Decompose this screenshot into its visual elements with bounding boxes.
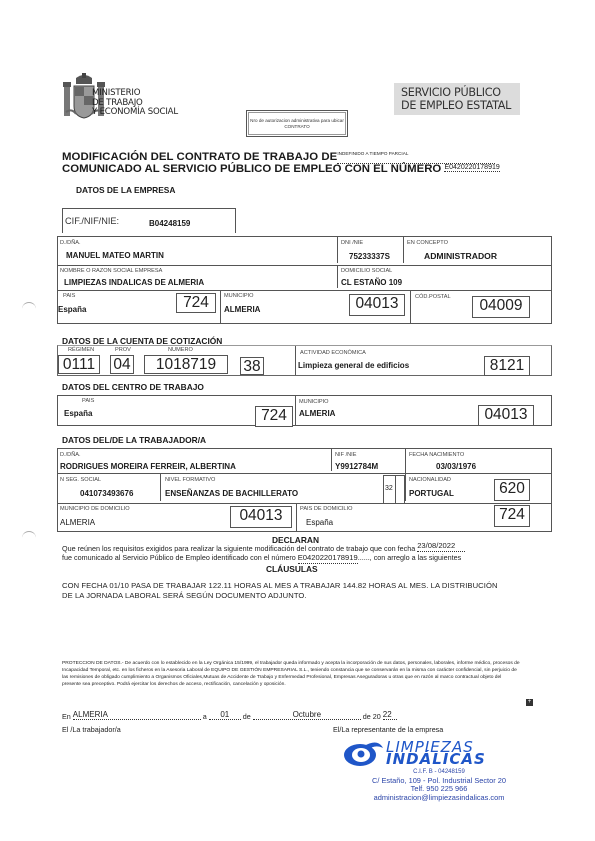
declaran-text: Que reúnen los requisitos exigidos para … bbox=[62, 544, 415, 553]
firma-anio: 22 bbox=[383, 710, 397, 720]
communication-number: E0420220178919 bbox=[444, 164, 499, 172]
cif-value: B04248159 bbox=[149, 219, 190, 228]
pais-dom-label: PAIS DE DOMICILIO bbox=[300, 506, 352, 512]
actividad-value: Limpieza general de edificios bbox=[298, 361, 409, 370]
nivel-code: 32 bbox=[385, 485, 393, 492]
divider bbox=[331, 449, 332, 471]
nif-label: NIF /NIE bbox=[335, 452, 356, 458]
cif-label: CIF./NIF/NIE: bbox=[65, 216, 119, 226]
concepto-label: EN CONCEPTO bbox=[407, 240, 448, 246]
dc-value: 38 bbox=[240, 357, 264, 375]
centro-municipio-code: 04013 bbox=[478, 405, 534, 426]
section-heading-centro: DATOS DEL CENTRO DE TRABAJO bbox=[62, 382, 204, 392]
clausulas-heading: CLÁUSULAS bbox=[266, 564, 318, 574]
auth-line: CONTRATO bbox=[247, 124, 347, 130]
centro-pais-code: 724 bbox=[255, 406, 293, 427]
signature-place-date: En ALMERIA a 01 de Octubre de 20 22 bbox=[62, 712, 397, 722]
trab-dona-value: RODRIGUES MOREIRA FERREIR, ALBERTINA bbox=[60, 462, 236, 471]
divider bbox=[337, 265, 338, 288]
trabajador-table: D./DÑA. RODRIGUES MOREIRA FERREIR, ALBER… bbox=[57, 448, 552, 532]
nif-value: Y9912784M bbox=[335, 462, 378, 471]
divider bbox=[295, 346, 296, 375]
municipio-label: MUNICIPIO bbox=[224, 293, 254, 299]
centro-pais-value: España bbox=[64, 409, 92, 418]
privacy-notice: PROTECCION DE DATOS.- De acuerdo con lo … bbox=[62, 661, 520, 689]
nacionalidad-label: NACIONALIDAD bbox=[409, 477, 451, 483]
ministry-line: Y ECONOMÍA SOCIAL bbox=[92, 108, 178, 118]
declaran-text: fue comunicado al Servicio Público de Em… bbox=[62, 553, 296, 562]
nss-value: 041073493676 bbox=[80, 489, 133, 498]
divider bbox=[220, 290, 221, 323]
municipio-value: ALMERIA bbox=[224, 305, 260, 314]
regimen-value: 0111 bbox=[58, 355, 100, 374]
sepe-logo: SERVICIO PÚBLICO DE EMPLEO ESTATAL bbox=[394, 83, 520, 115]
firma-dia: 01 bbox=[209, 710, 241, 720]
firma-lugar: ALMERIA bbox=[73, 710, 201, 720]
concepto-value: ADMINISTRADOR bbox=[424, 251, 497, 261]
prov-label: PROV bbox=[115, 347, 131, 353]
punch-hole-icon bbox=[22, 531, 36, 545]
nacimiento-value: 03/03/1976 bbox=[436, 462, 476, 471]
mun-dom-label: MUNICIPIO DE DOMICILIO bbox=[60, 506, 130, 512]
title-line1: MODIFICACIÓN DEL CONTRATO DE TRABAJO DE bbox=[62, 151, 337, 163]
clause-line: DE LA JORNADA LABORAL SERÁ SEGÚN DOCUMEN… bbox=[62, 591, 498, 601]
municipio-code: 04013 bbox=[349, 294, 405, 316]
divider bbox=[337, 237, 338, 263]
en-label: En bbox=[62, 712, 71, 721]
cif-box: CIF./NIF/NIE: B04248159 bbox=[62, 208, 236, 233]
pais-label: PAIS bbox=[63, 293, 75, 299]
stamp-email: administracion@limpiezasindalicas.com bbox=[334, 794, 544, 803]
pais-code: 724 bbox=[176, 293, 216, 313]
stamp-name-line2: INDÁLICAS bbox=[386, 753, 486, 766]
empresa-table: D./DÑA. MANUEL MATEO MARTIN DNI /NIE 752… bbox=[57, 236, 552, 324]
declaran-numero: E0420220178919 bbox=[298, 554, 358, 564]
divider bbox=[160, 473, 161, 501]
sepe-line: DE EMPLEO ESTATAL bbox=[401, 99, 520, 112]
pais-dom-value: España bbox=[306, 518, 333, 527]
dni-value: 75233337S bbox=[349, 252, 390, 261]
contract-type: INDEFINIDO A TIEMPO PARCIAL bbox=[337, 151, 408, 156]
centro-municipio-label: MUNICIPIO bbox=[299, 399, 329, 405]
a-label: a bbox=[203, 712, 207, 721]
declaran-fecha: 23/08/2022 bbox=[417, 542, 465, 552]
dona-label: D./DÑA. bbox=[60, 240, 81, 246]
centro-pais-label: PAIS bbox=[82, 398, 94, 404]
razon-label: NOMBRE O RAZON SOCIAL EMPRESA bbox=[60, 268, 162, 274]
divider bbox=[405, 449, 406, 501]
divider bbox=[58, 290, 551, 291]
cp-label: CÓD.POSTAL bbox=[415, 294, 451, 300]
divider bbox=[58, 503, 551, 504]
ministry-name: MINISTERIO DE TRABAJO Y ECONOMÍA SOCIAL bbox=[92, 89, 178, 118]
divider bbox=[295, 396, 296, 425]
nivel-label: NIVEL FORMATIVO bbox=[165, 477, 215, 483]
centro-municipio-value: ALMERIA bbox=[299, 409, 335, 418]
centro-box: PAIS España 724 MUNICIPIO ALMERIA 04013 bbox=[57, 395, 552, 426]
trab-dona-label: D./DÑA. bbox=[60, 452, 81, 458]
dona-value: MANUEL MATEO MARTIN bbox=[66, 251, 164, 260]
nss-label: N SEG. SOCIAL bbox=[60, 477, 101, 483]
nacionalidad-code: 620 bbox=[494, 479, 530, 501]
divider bbox=[410, 290, 411, 323]
nivel-code-box: 32 bbox=[383, 475, 405, 503]
title-line2: COMUNICADO AL SERVICIO PÚBLICO DE EMPLEO… bbox=[62, 163, 441, 175]
dni-label: DNI /NIE bbox=[341, 240, 363, 246]
domicilio-value: CL ESTAÑO 109 bbox=[341, 278, 402, 287]
numero-label: NUMERO bbox=[168, 347, 193, 353]
actividad-code: 8121 bbox=[484, 356, 530, 376]
section-heading-empresa: DATOS DE LA EMPRESA bbox=[76, 185, 175, 195]
plus-icon: + bbox=[526, 699, 533, 706]
divider bbox=[395, 476, 396, 503]
declaran-line2: fue comunicado al Servicio Público de Em… bbox=[62, 554, 461, 564]
de-label: de bbox=[243, 712, 251, 721]
divider bbox=[403, 237, 404, 263]
punch-hole-icon bbox=[22, 302, 36, 316]
stamp-info: C.I.F. B - 04248159 C/ Estaño, 109 - Pol… bbox=[334, 768, 544, 802]
section-heading-trabajador: DATOS DEL/DE LA TRABAJADOR/A bbox=[62, 435, 206, 445]
nivel-value: ENSEÑANZAS DE BACHILLERATO bbox=[165, 489, 298, 498]
document-subtitle: COMUNICADO AL SERVICIO PÚBLICO DE EMPLEO… bbox=[62, 163, 500, 175]
divider bbox=[58, 473, 551, 474]
pais-dom-code: 724 bbox=[494, 505, 530, 527]
numero-value: 1018719 bbox=[144, 355, 228, 374]
firma-mes: Octubre bbox=[253, 710, 361, 720]
clausulas-text: CON FECHA 01/10 PASA DE TRABAJAR 122.11 … bbox=[62, 581, 498, 601]
de20-label: de 20 bbox=[363, 712, 381, 721]
firma-empresa-label: El/La representante de la empresa bbox=[333, 725, 443, 734]
nacionalidad-value: PORTUGAL bbox=[409, 489, 454, 498]
divider bbox=[58, 265, 551, 266]
domicilio-label: DOMICILIO SOCIAL bbox=[341, 268, 392, 274]
mun-dom-code: 04013 bbox=[230, 506, 292, 528]
cp-value: 04009 bbox=[472, 296, 530, 318]
firma-trabajador-label: El /La trabajador/a bbox=[62, 725, 121, 734]
mun-dom-value: ALMERIA bbox=[60, 518, 95, 527]
cotizacion-box: RÉGIMEN 0111 PROV 04 NUMERO 1018719 38 A… bbox=[57, 345, 552, 376]
clause-line: CON FECHA 01/10 PASA DE TRABAJAR 122.11 … bbox=[62, 581, 498, 591]
declaran-text: con arreglo a las siguientes bbox=[374, 553, 462, 562]
pais-value: España bbox=[58, 305, 86, 314]
divider bbox=[296, 503, 297, 531]
sepe-line: SERVICIO PÚBLICO bbox=[401, 86, 520, 99]
authorization-box: Nro de autorizacion administrativa para … bbox=[246, 110, 348, 137]
company-logo-icon bbox=[342, 740, 384, 768]
razon-value: LIMPIEZAS INDALICAS DE ALMERIA bbox=[64, 278, 204, 287]
prov-value: 04 bbox=[110, 355, 134, 374]
regimen-label: RÉGIMEN bbox=[68, 347, 94, 353]
actividad-label: ACTIVIDAD ECONÓMICA bbox=[300, 350, 366, 356]
nacimiento-label: FECHA NACIMIENTO bbox=[409, 452, 464, 458]
